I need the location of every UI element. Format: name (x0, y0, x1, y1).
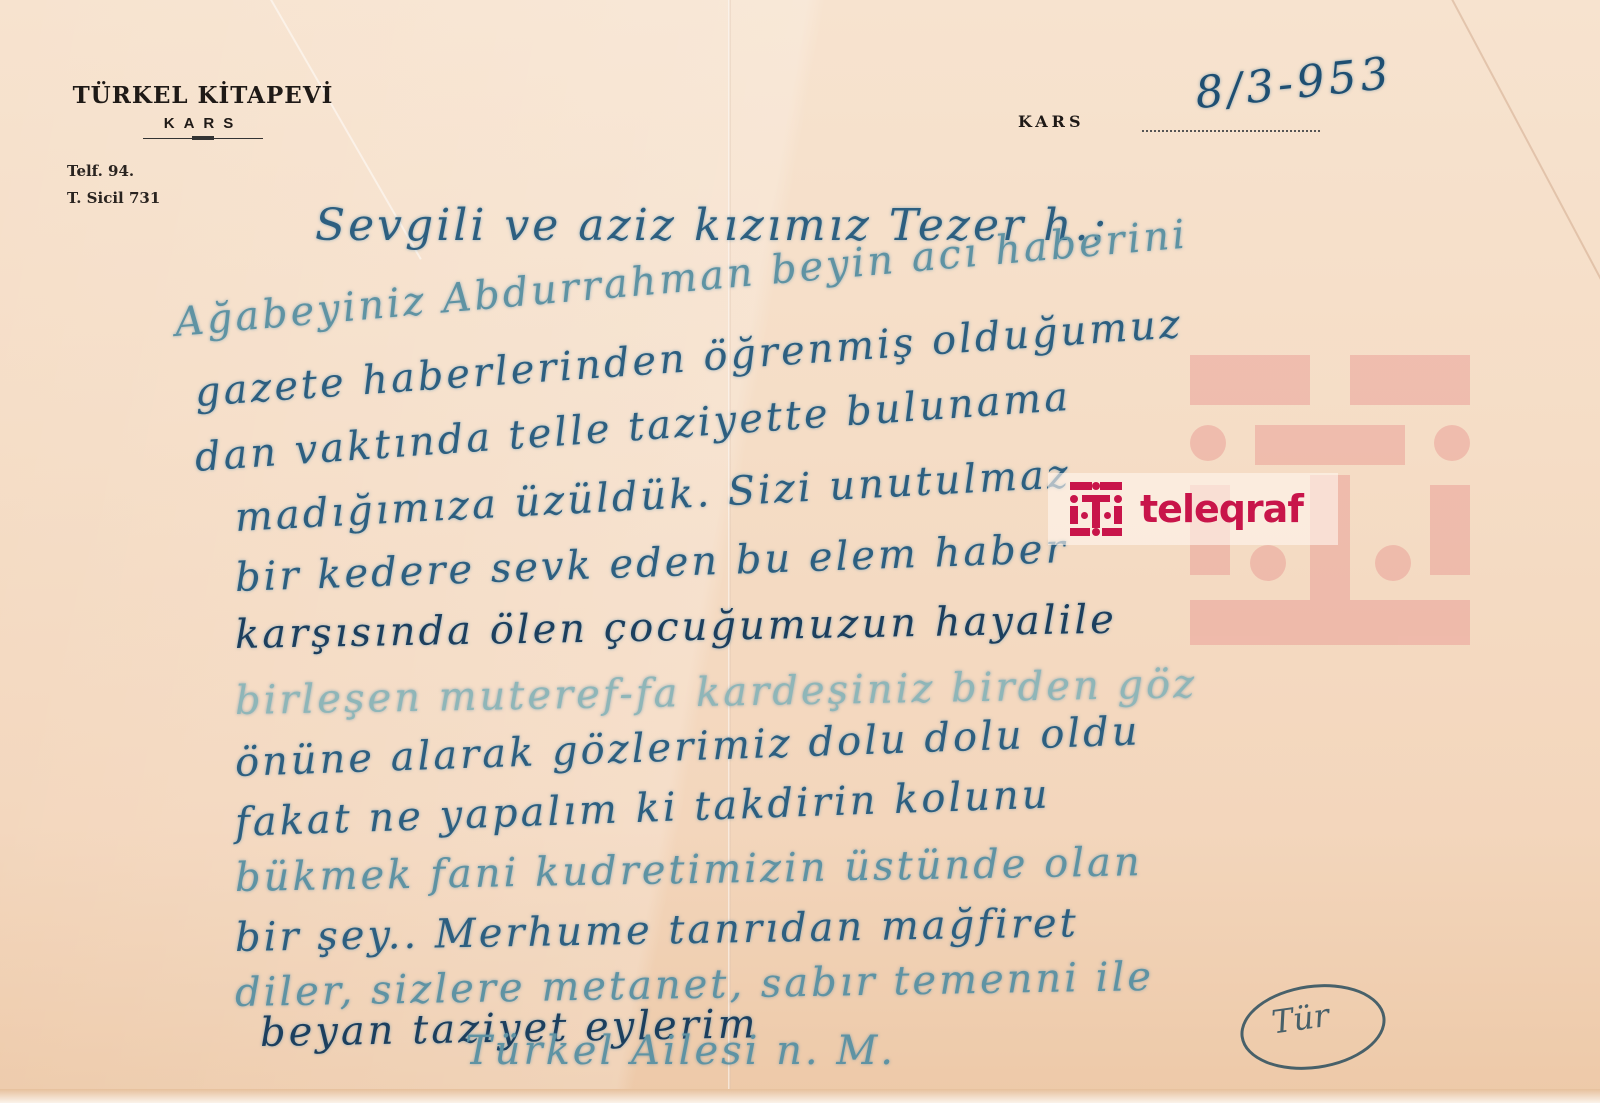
letter-line: bir kedere sevk eden bu elem haber (234, 526, 1068, 601)
teleqraf-logo-icon (1070, 482, 1122, 536)
letter-page: TÜRKEL KİTAPEVİ KARS Telf. 94. T. Sicil … (0, 0, 1600, 1103)
letterhead-divider (143, 138, 263, 139)
handwritten-date: 8/3-953 (1193, 48, 1395, 119)
letter-line: bükmek fani kudretimizin üstünde olan (235, 839, 1143, 901)
letter-line: karşısında ölen çocuğumuzun hayalile (235, 597, 1118, 658)
dateline-dotted-line (1142, 130, 1320, 132)
teleqraf-brand-text: teleqraf (1140, 487, 1303, 531)
signature-mark: Tür (1235, 975, 1391, 1079)
teleqraf-watermark: teleqraf (1048, 473, 1338, 545)
letter-line: fakat ne yapalım ki takdirin kolunu (234, 772, 1051, 846)
paper-fold-diagonal (1430, 0, 1600, 331)
letter-closing: Türkel Ailesi n. M. (465, 1028, 896, 1074)
letterhead: TÜRKEL KİTAPEVİ KARS (28, 82, 378, 139)
letterhead-city: KARS (28, 115, 378, 132)
paper-bottom-edge (0, 1089, 1600, 1103)
dateline-place: KARS (1018, 112, 1085, 131)
letterhead-phone: Telf. 94. (67, 158, 160, 185)
signature-text: Tür (1269, 996, 1331, 1042)
letterhead-contact: Telf. 94. T. Sicil 731 (67, 158, 160, 212)
letterhead-company-name: TÜRKEL KİTAPEVİ (28, 82, 378, 109)
letterhead-registry: T. Sicil 731 (67, 185, 160, 212)
letter-line: bir şey.. Merhume tanrıdan mağfiret (235, 900, 1080, 961)
